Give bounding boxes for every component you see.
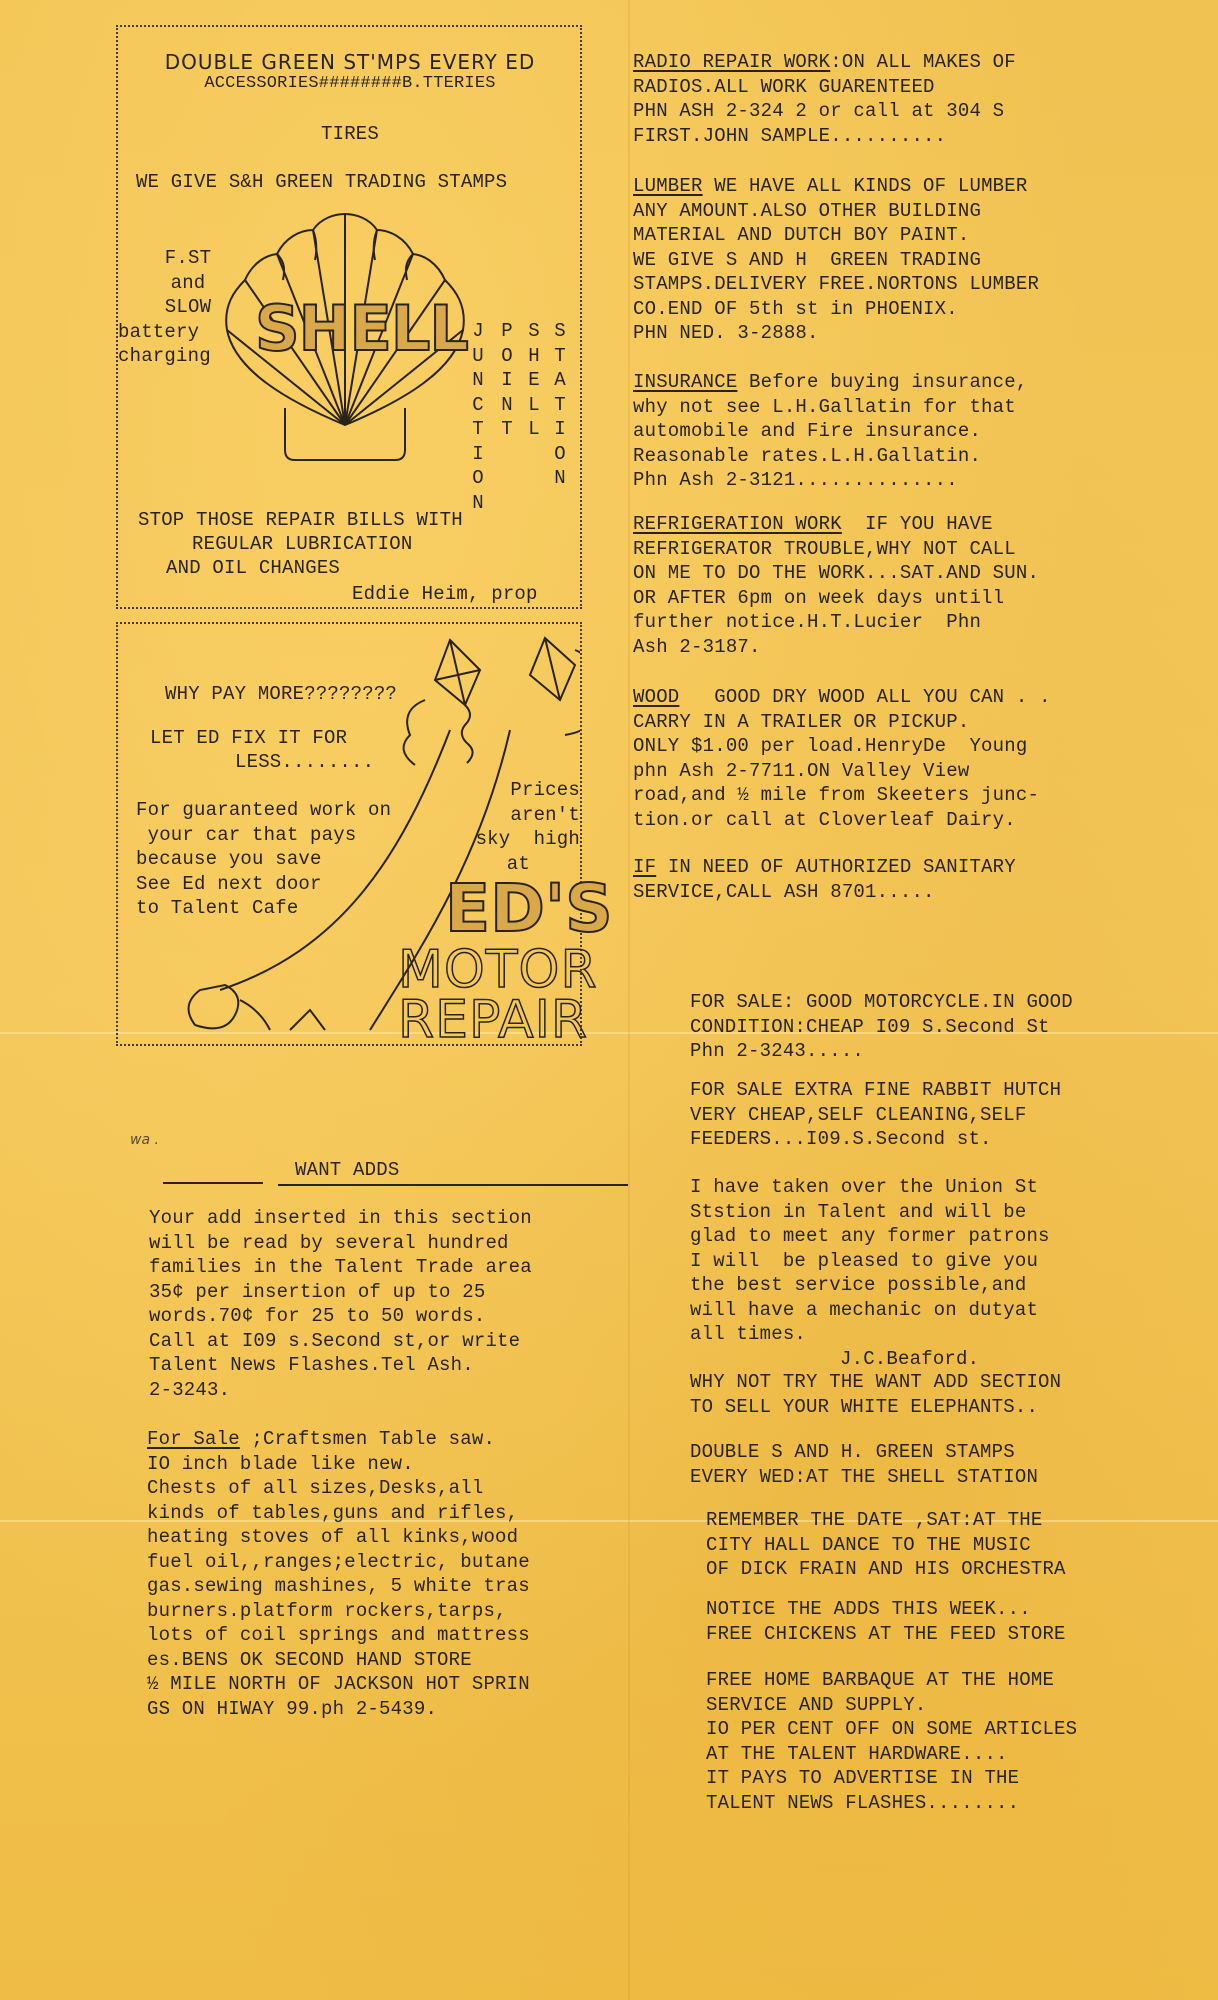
lumber-ad: LUMBER WE HAVE ALL KINDS OF LUMBER ANY A… xyxy=(633,174,1039,346)
for-sale-craftsmen-ad: For Sale ;Craftsmen Table saw. IO inch b… xyxy=(147,1427,530,1721)
vertical-text-junction: JUNCTION xyxy=(468,270,488,540)
wood-ad: WOOD GOOD DRY WOOD ALL YOU CAN . . CARRY… xyxy=(633,685,1051,832)
union-station-notice: I have taken over the Union St Ststion i… xyxy=(690,1175,1050,1371)
want-adds-intro: Your add inserted in this section will b… xyxy=(149,1206,532,1402)
vertical-text-shell: SHELL xyxy=(524,270,544,466)
want-adds-rule-right xyxy=(278,1184,628,1186)
shell-logo-text: SHELL xyxy=(255,292,468,365)
shell-ad-tires: TIRES xyxy=(130,122,570,147)
proprietor-signature: Eddie Heim, prop xyxy=(352,582,538,607)
oil-changes-line: AND OIL CHANGES xyxy=(166,556,340,581)
shell-ad-accessories: ACCESSORIES########B.TTERIES xyxy=(130,72,570,97)
free-chickens-notice: NOTICE THE ADDS THIS WEEK... FREE CHICKE… xyxy=(706,1597,1066,1646)
want-adds-heading: WANT ADDS xyxy=(295,1158,399,1183)
refrigeration-ad: REFRIGERATION WORK IF YOU HAVE REFRIGERA… xyxy=(633,512,1039,659)
rabbit-hutch-for-sale-ad: FOR SALE EXTRA FINE RABBIT HUTCH VERY CH… xyxy=(690,1078,1061,1152)
want-adds-rule-left xyxy=(163,1182,263,1184)
eds-logo-text: ED'S xyxy=(445,870,613,947)
double-stamps-notice: DOUBLE S AND H. GREEN STAMPS EVERY WED:A… xyxy=(690,1440,1038,1489)
regular-lubrication-line: REGULAR LUBRICATION xyxy=(192,532,412,557)
stop-repair-bills-line: STOP THOSE REPAIR BILLS WITH xyxy=(138,508,463,533)
repair-logo-text: REPAIR xyxy=(398,990,588,1050)
vertical-text-point: POINT xyxy=(497,270,517,466)
shell-ad-headline: DOUBLE GREEN ST'MPS EVERY ED xyxy=(130,50,570,74)
paper-fold-line xyxy=(628,0,630,2000)
insurance-ad: INSURANCE Before buying insurance, why n… xyxy=(633,370,1027,493)
city-hall-dance-notice: REMEMBER THE DATE ,SAT:AT THE CITY HALL … xyxy=(706,1508,1066,1582)
handwritten-note: wa . xyxy=(130,1132,159,1148)
barbeque-hardware-notice: FREE HOME BARBAQUE AT THE HOME SERVICE A… xyxy=(706,1668,1077,1815)
radio-repair-ad: RADIO REPAIR WORK:ON ALL MAKES OF RADIOS… xyxy=(633,50,1016,148)
vertical-text-station: STATION xyxy=(550,270,570,515)
motorcycle-for-sale-ad: FOR SALE: GOOD MOTORCYCLE.IN GOOD CONDIT… xyxy=(690,990,1073,1064)
shell-ad-trading-stamps: WE GIVE S&H GREEN TRADING STAMPS xyxy=(136,170,507,195)
sanitary-service-ad: IF IN NEED OF AUTHORIZED SANITARY SERVIC… xyxy=(633,855,1016,904)
why-not-try-want-ads: WHY NOT TRY THE WANT ADD SECTION TO SELL… xyxy=(690,1370,1061,1419)
